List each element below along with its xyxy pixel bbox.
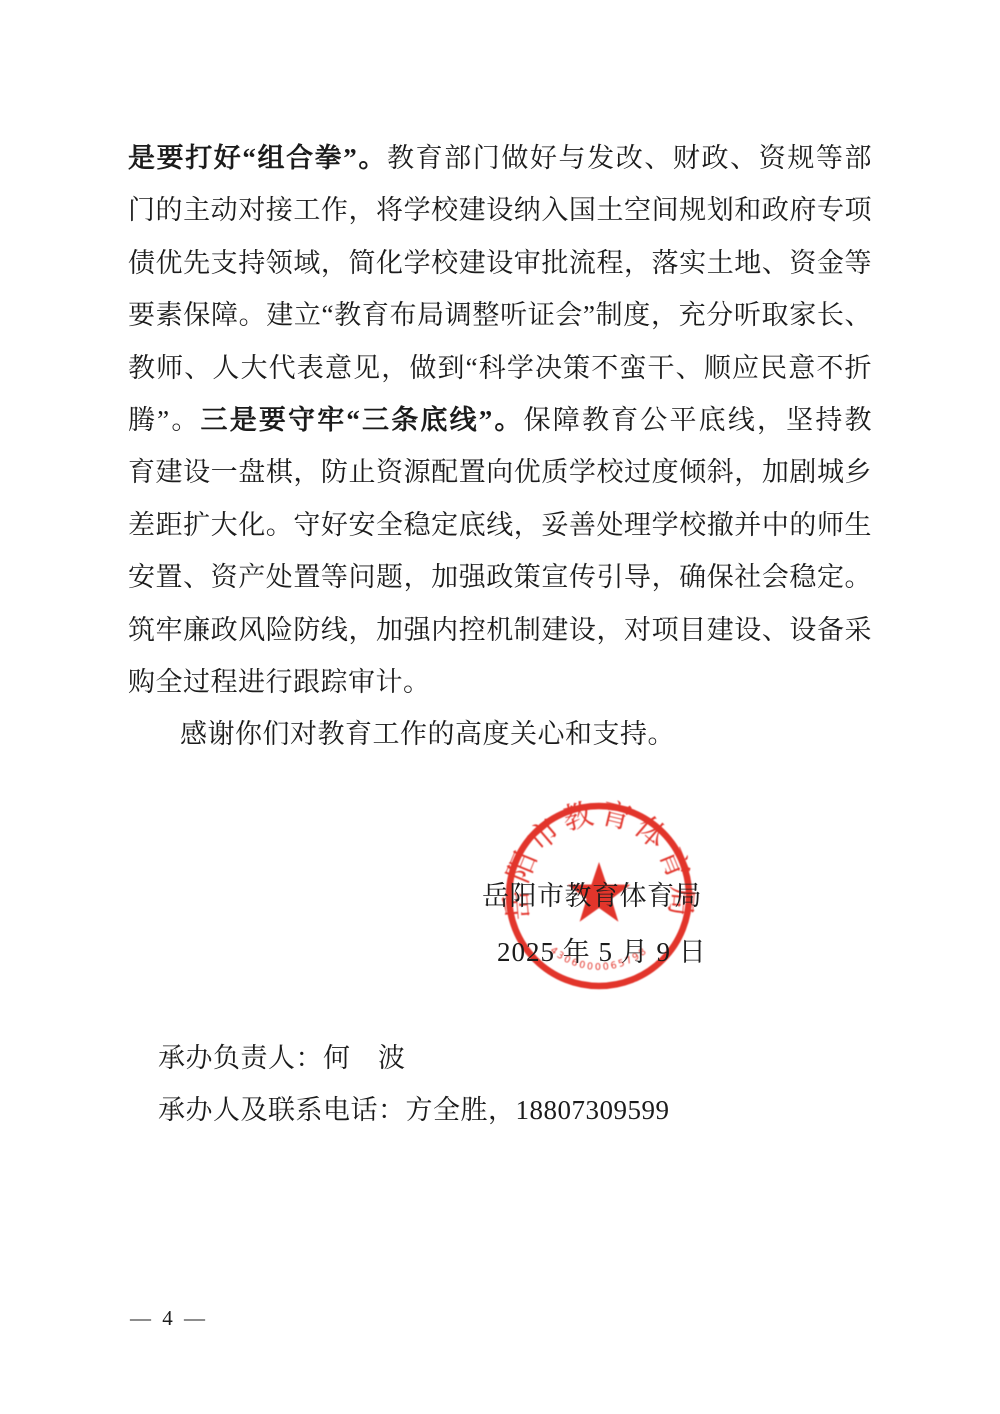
text-segment: 要素保障。建立“教育布局调整听证会”制度，充分听取家长、 [128, 300, 872, 330]
text-segment: 安置、资产处置等问题，加强政策宣传引导，确保社会稳定。 [128, 562, 872, 592]
text-segment: 筑牢廉政风险防线，加强内控机制建设，对项目建设、设备采 [128, 615, 872, 645]
text-segment: 感谢你们对教育工作的高度关心和支持。 [180, 719, 675, 749]
body-line: 债优先支持领域，简化学校建设审批流程，落实土地、资金等 [128, 237, 872, 289]
text-segment: 育建设一盘棋，防止资源配置向优质学校过度倾斜，加剧城乡 [128, 457, 872, 487]
signature-organization: 岳阳市教育体育局 [482, 874, 702, 913]
body-line: 差距扩大化。守好安全稳定底线，妥善处理学校撤并中的师生 [128, 499, 872, 551]
contact-handler-phone: 承办人及联系电话：方全胜，18807309599 [158, 1088, 670, 1127]
body-line: 要素保障。建立“教育布局调整听证会”制度，充分听取家长、 [128, 289, 872, 341]
text-segment: 购全过程进行跟踪审计。 [128, 667, 431, 697]
text-segment: 是要打好“组合拳”。 [128, 143, 387, 173]
text-segment: 保障教育公平底线，坚持教 [524, 405, 872, 435]
body-line: 门的主动对接工作，将学校建设纳入国土空间规划和政府专项 [128, 184, 872, 236]
body-line: 筑牢廉政风险防线，加强内控机制建设，对项目建设、设备采 [128, 604, 872, 656]
body-line: 是要打好“组合拳”。教育部门做好与发改、财政、资规等部 [128, 132, 872, 184]
page-number: — 4 — [130, 1306, 208, 1331]
body-line: 安置、资产处置等问题，加强政策宣传引导，确保社会稳定。 [128, 551, 872, 603]
text-segment: 门的主动对接工作，将学校建设纳入国土空间规划和政府专项 [128, 195, 872, 225]
text-segment: 三是要守牢“三条底线”。 [201, 405, 524, 435]
text-segment: 差距扩大化。守好安全稳定底线，妥善处理学校撤并中的师生 [128, 510, 872, 540]
body-line: 感谢你们对教育工作的高度关心和支持。 [128, 708, 872, 760]
document-page: 是要打好“组合拳”。教育部门做好与发改、财政、资规等部门的主动对接工作，将学校建… [0, 0, 1000, 1414]
body-line: 腾”。三是要守牢“三条底线”。保障教育公平底线，坚持教 [128, 394, 872, 446]
text-segment: 债优先支持领域，简化学校建设审批流程，落实土地、资金等 [128, 248, 872, 278]
body-line: 购全过程进行跟踪审计。 [128, 656, 872, 708]
text-segment: 腾”。 [128, 405, 201, 435]
body-line: 育建设一盘棋，防止资源配置向优质学校过度倾斜，加剧城乡 [128, 446, 872, 498]
contact-manager: 承办负责人：何 波 [158, 1036, 406, 1075]
body-line: 教师、人大代表意见，做到“科学决策不蛮干、顺应民意不折 [128, 342, 872, 394]
signature-date: 2025 年 5 月 9 日 [497, 930, 707, 969]
text-segment: 教师、人大代表意见，做到“科学决策不蛮干、顺应民意不折 [128, 353, 872, 383]
text-segment: 教育部门做好与发改、财政、资规等部 [387, 143, 872, 173]
body-text: 是要打好“组合拳”。教育部门做好与发改、财政、资规等部门的主动对接工作，将学校建… [128, 132, 872, 761]
